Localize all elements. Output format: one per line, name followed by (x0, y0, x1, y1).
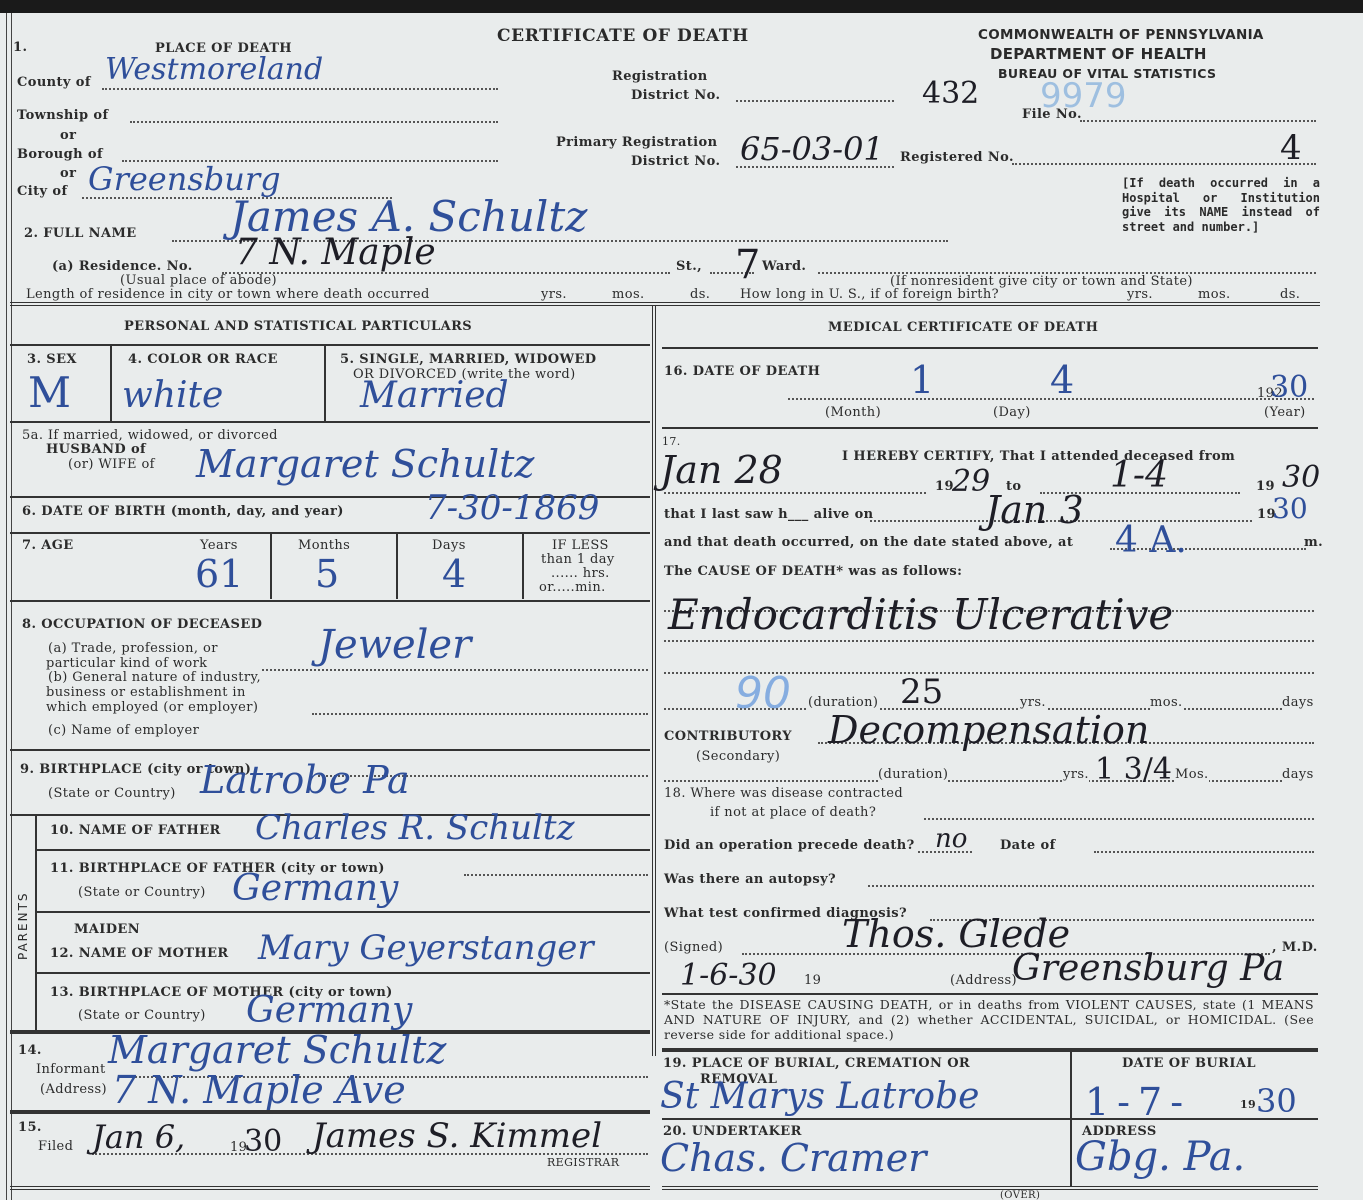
duration-value: 25 (900, 672, 943, 712)
burial-year: 30 (1256, 1082, 1297, 1120)
age-less-label-2: than 1 day (541, 552, 615, 567)
registration-label: Registration (612, 69, 708, 84)
dod-month: 1 (910, 358, 934, 402)
row-3-rule (10, 421, 650, 423)
registered-no-line (1012, 163, 1316, 165)
undertaker-address-value: Gbg. Pa. (1075, 1134, 1245, 1180)
cause-line-2 (664, 640, 1314, 642)
age-label: 7. AGE (22, 538, 74, 553)
dob-label: 6. DATE OF BIRTH (month, day, and year) (22, 504, 344, 519)
row-8-rule (10, 749, 650, 751)
county-line (102, 88, 498, 90)
spouse-value: Margaret Schultz (196, 442, 534, 486)
certificate-title: CERTIFICATE OF DEATH (497, 26, 749, 46)
father-name-label: 10. NAME OF FATHER (50, 823, 221, 838)
personal-heading: PERSONAL AND STATISTICAL PARTICULARS (124, 319, 472, 334)
ward-label: Ward. (762, 259, 806, 274)
marital-value: Married (360, 375, 509, 416)
sex-race-divider (110, 345, 112, 421)
burial-year-prefix: 19 (1240, 1098, 1256, 1111)
age-years-divider (270, 533, 272, 599)
last-saw-year: 30 (1272, 492, 1308, 525)
duration2-value: 1 3/4 (1095, 752, 1172, 787)
medical-heading-rule (662, 347, 1318, 349)
bottom-right-rule (662, 1186, 1318, 1190)
duration-days-label: days (1282, 695, 1314, 710)
signed-label: (Signed) (664, 940, 723, 955)
mother-birthplace-value: Germany (246, 990, 412, 1031)
age-days-value: 4 (442, 552, 466, 596)
undertaker-value: Chas. Cramer (660, 1136, 926, 1180)
attended-from-line (664, 492, 926, 494)
autopsy-line (868, 885, 1314, 887)
burial-place-value: St Marys Latrobe (660, 1076, 979, 1117)
dod-label: 16. DATE OF DEATH (664, 364, 820, 379)
signature-rule (662, 993, 1318, 995)
duration-mos-label: mos. (1150, 695, 1183, 710)
marital-label-1: 5. SINGLE, MARRIED, WIDOWED (340, 352, 596, 367)
attended-to-value: 1-4 (1110, 455, 1168, 496)
row-11-rule (36, 911, 650, 913)
operation-date-line (1094, 851, 1314, 853)
operation-label: Did an operation precede death? (664, 838, 915, 853)
cause-value: Endocarditis Ulcerative (668, 590, 1173, 639)
registration-district-line (736, 100, 894, 102)
signed-year-prefix: 19 (804, 973, 821, 988)
length-ds-label: ds. (690, 287, 710, 302)
father-birthplace-state-label: (State or Country) (78, 885, 206, 900)
contributory-label: CONTRIBUTORY (664, 729, 792, 744)
usual-place-caption: (Usual place of abode) (120, 273, 277, 288)
informant-number: 14. (18, 1043, 42, 1058)
street-label: St., (676, 259, 702, 274)
length-yrs-label: yrs. (541, 287, 567, 302)
county-value: Westmoreland (105, 52, 323, 87)
age-years-value: 61 (195, 552, 243, 596)
registration-district-label: District No. (631, 88, 720, 103)
left-border-rule (6, 13, 12, 1200)
dod-day: 4 (1050, 358, 1074, 402)
sex-value: M (28, 368, 71, 417)
death-time-suffix: m. (1304, 535, 1323, 550)
file-no-handwritten: 432 (922, 76, 979, 111)
hospital-note: [If death occurred in a Hospital or Inst… (1122, 176, 1320, 234)
occupation-b-label-3: which employed (or employer) (46, 700, 258, 715)
year-caption: (Year) (1264, 405, 1306, 420)
occupation-value: Jeweler (318, 622, 471, 668)
informant-value: Margaret Schultz (108, 1028, 446, 1072)
autopsy-label: Was there an autopsy? (664, 872, 836, 887)
primary-district-value: 65-03-01 (740, 130, 884, 168)
occupation-b-line (312, 713, 648, 715)
scan-top-edge (0, 0, 1363, 13)
father-birthplace-line (464, 874, 648, 876)
duration2-label: (duration) (878, 767, 948, 782)
city-label: City of (17, 184, 67, 199)
filed-year: 30 (244, 1124, 282, 1159)
registered-no-label: Registered No. (900, 150, 1014, 165)
file-no-label: File No. (1022, 107, 1082, 122)
occupation-c-label: (c) Name of employer (48, 723, 199, 738)
burial-mid-rule (662, 1118, 1318, 1120)
filed-label: Filed (38, 1139, 73, 1154)
length-residence-label: Length of residence in city or town wher… (26, 287, 430, 302)
parents-side-label: PARENTS (16, 891, 30, 960)
duration2-yrs-label: yrs. (1063, 767, 1089, 782)
agency-department: DEPARTMENT OF HEALTH (990, 45, 1207, 63)
sex-label: 3. SEX (27, 352, 77, 367)
item-18-label-1: 18. Where was disease contracted (664, 786, 903, 801)
over-label: (OVER) (1000, 1190, 1040, 1200)
primary-district-label: District No. (631, 154, 720, 169)
physician-address-value: Greensburg Pa (1012, 948, 1284, 989)
primary-registration-label: Primary Registration (556, 135, 717, 150)
last-saw-value: Jan 3 (985, 488, 1084, 532)
father-name-value: Charles R. Schultz (255, 808, 574, 848)
death-time-value: 4 A. (1115, 520, 1187, 561)
occupation-label: 8. OCCUPATION OF DECEASED (22, 617, 262, 632)
age-months-label: Months (298, 538, 350, 553)
or-label-2: or (60, 166, 76, 181)
burial-top-rule (662, 1048, 1318, 1052)
spouse-label-1: 5a. If married, widowed, or divorced (22, 428, 278, 443)
center-column-divider (652, 306, 656, 1056)
occupation-b-label-1: (b) General nature of industry, (48, 670, 261, 685)
personal-heading-rule (10, 344, 650, 346)
informant-address-value: 7 N. Maple Ave (112, 1068, 406, 1112)
operation-date-label: Date of (1000, 838, 1056, 853)
row-6-rule (10, 532, 650, 534)
age-days-label: Days (432, 538, 466, 553)
age-months-value: 5 (315, 552, 339, 596)
township-line (130, 121, 498, 123)
signed-date: 1-6-30 (680, 958, 777, 993)
dod-rule (662, 427, 1318, 429)
attended-from-value: Jan 28 (660, 448, 783, 492)
foreign-yrs-label: yrs. (1127, 287, 1153, 302)
spouse-label-2: HUSBAND of (46, 442, 146, 457)
age-years-label: Years (200, 538, 238, 553)
registrar-signature: James S. Kimmel (312, 1116, 602, 1156)
or-label-1: or (60, 128, 76, 143)
operation-value: no (935, 824, 967, 854)
spouse-label-3: (or) WIFE of (68, 457, 155, 472)
certify-text: I HEREBY CERTIFY, That I attended deceas… (842, 449, 1235, 464)
burial-place-label-1: 19. PLACE OF BURIAL, CREMATION OR (663, 1056, 970, 1071)
row-12-rule (36, 972, 650, 974)
month-caption: (Month) (825, 405, 881, 420)
filed-date: Jan 6, (92, 1118, 185, 1156)
residence-label: (a) Residence. No. (52, 259, 193, 274)
full-name-label: 2. FULL NAME (24, 226, 137, 241)
agency-commonwealth: COMMONWEALTH OF PENNSYLVANIA (978, 27, 1264, 43)
occupation-b-label-2: business or establishment in (46, 685, 246, 700)
item-1-number: 1. (13, 40, 27, 55)
race-value: white (122, 375, 223, 416)
length-mos-label: mos. (612, 287, 645, 302)
duration2-mos-label: Mos. (1175, 767, 1209, 782)
dob-value: 7-30-1869 (425, 488, 599, 528)
cause-label: The CAUSE OF DEATH* was as follows: (664, 564, 962, 579)
day-caption: (Day) (993, 405, 1031, 420)
informant-address-label: (Address) (40, 1082, 107, 1097)
residence-value: 7 N. Maple (235, 232, 436, 273)
last-saw-label: that I last saw h___ alive on (664, 507, 874, 522)
age-less-label-3: ...... hrs. (551, 566, 610, 581)
county-label: County of (17, 75, 91, 90)
maiden-label: MAIDEN (74, 922, 140, 937)
birthplace-state-label: (State or Country) (48, 786, 176, 801)
row-10-rule (36, 849, 650, 851)
father-birthplace-value: Germany (232, 868, 398, 909)
mother-name-label: 12. NAME OF MOTHER (50, 946, 229, 961)
row-14-rule (10, 1110, 650, 1114)
top-section-divider (10, 302, 1320, 306)
age-months-divider (396, 533, 398, 599)
age-less-label-4: or.....min. (539, 580, 606, 595)
item-18-label-2: if not at place of death? (710, 805, 876, 820)
mother-name-value: Mary Geyerstanger (258, 928, 594, 968)
file-no-line (1080, 120, 1316, 122)
row-7-rule (10, 600, 650, 602)
occupation-a-label-2: particular kind of work (46, 656, 207, 671)
filed-number: 15. (18, 1120, 42, 1135)
dod-year: 30 (1270, 370, 1308, 405)
age-less-label-1: IF LESS (552, 538, 609, 553)
burial-date-label: DATE OF BURIAL (1122, 1056, 1256, 1071)
parents-block-divider (35, 815, 37, 1030)
item-18-line (924, 818, 1314, 820)
registered-no-value: 4 (1280, 128, 1302, 168)
registrar-label: REGISTRAR (547, 1156, 619, 1169)
item-17-number: 17. (662, 435, 681, 448)
race-label: 4. COLOR OR RACE (128, 352, 278, 367)
age-days-divider (522, 533, 524, 599)
ward-value: 7 (735, 242, 760, 288)
township-label: Township of (17, 108, 108, 123)
medical-heading: MEDICAL CERTIFICATE OF DEATH (828, 320, 1098, 335)
mother-birthplace-state-label: (State or Country) (78, 1008, 206, 1023)
foreign-birth-label: How long in U. S., if of foreign birth? (740, 287, 999, 302)
stamp-90: 90 (735, 668, 791, 719)
death-occurred-label: and that death occurred, on the date sta… (664, 535, 1073, 550)
informant-label: Informant (36, 1062, 106, 1077)
bottom-left-rule (10, 1186, 650, 1190)
foreign-mos-label: mos. (1198, 287, 1231, 302)
birthplace-value: Latrobe Pa (200, 758, 410, 802)
cause-footnote: *State the DISEASE CAUSING DEATH, or in … (664, 997, 1314, 1042)
occupation-a-line (262, 669, 648, 671)
duration2-days-label: days (1282, 767, 1314, 782)
physician-address-label: (Address) (950, 973, 1017, 988)
secondary-label: (Secondary) (696, 749, 780, 764)
foreign-ds-label: ds. (1280, 287, 1300, 302)
race-marital-divider (324, 345, 326, 421)
occupation-a-label-1: (a) Trade, profession, or (48, 641, 218, 656)
duration2-line (664, 780, 1314, 782)
attended-to-year: 30 (1282, 460, 1320, 495)
contributory-value: Decompensation (828, 708, 1149, 752)
